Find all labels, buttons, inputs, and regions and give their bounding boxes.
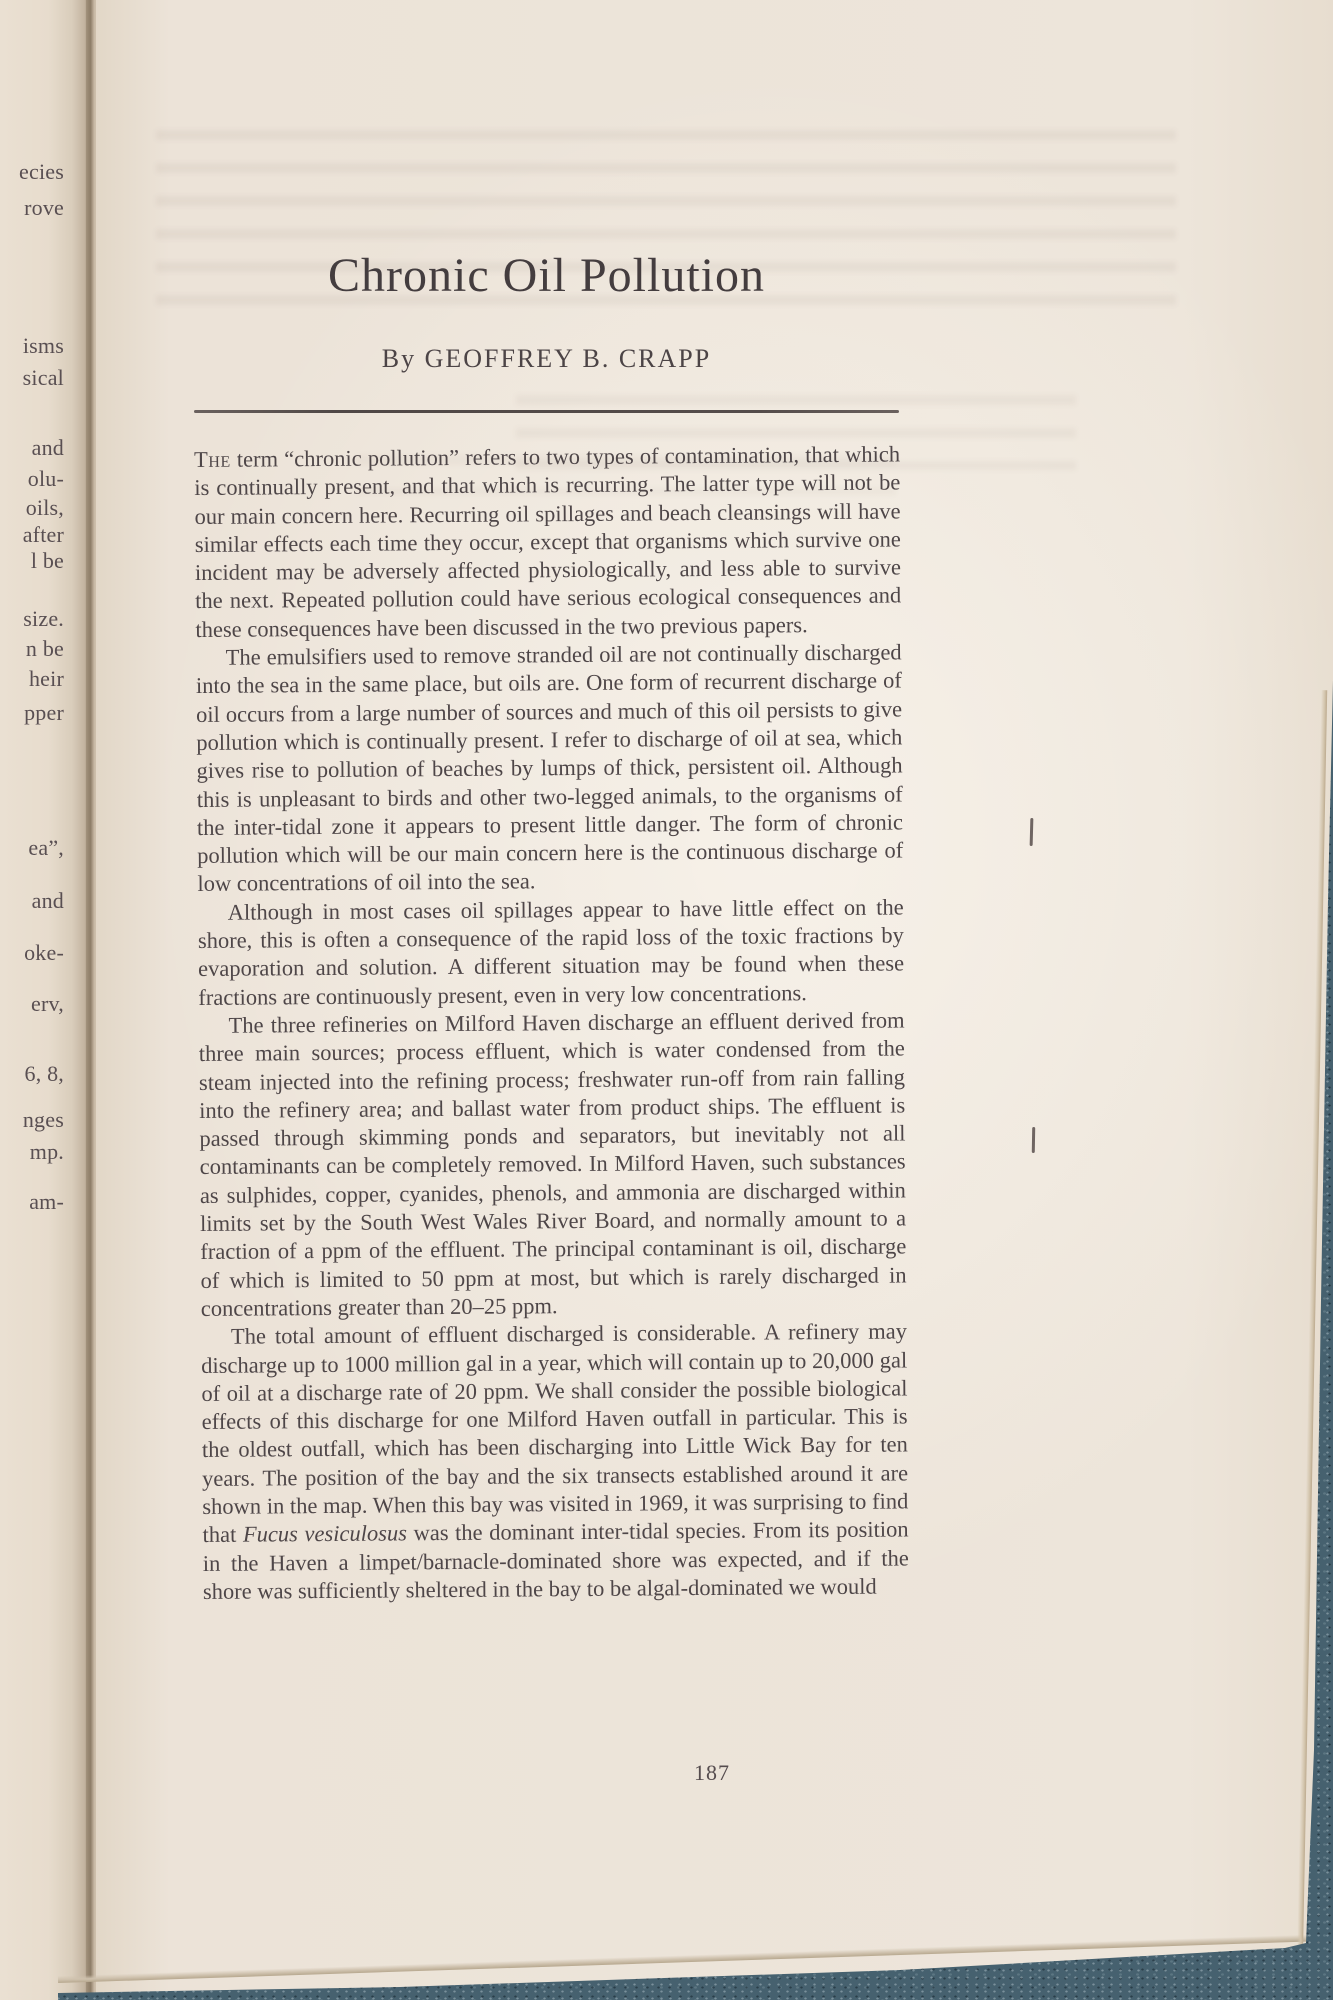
prev-page-text-fragment: olu- [28,467,64,491]
divider-rule [194,410,899,413]
page-number: 187 [652,1760,772,1786]
book-photo-scene: eciesroveismssicalandolu-oils,afterl bes… [0,0,1333,2000]
prev-page-text-fragment: heir [29,667,64,691]
prev-page-text-fragment: l be [31,549,64,573]
page-title: Chronic Oil Pollution [194,248,899,303]
prev-page-text-fragment: n be [26,637,64,661]
byline: By GEOFFREY B. CRAPP [194,344,899,374]
prev-page-text-fragment: am- [29,1190,64,1214]
stray-mark [1030,818,1034,846]
prev-page-text-fragment: erv, [31,992,64,1016]
species-name-italic: Fucus vesiculosus [243,1521,407,1547]
prev-page-text-fragment: nges [23,1108,64,1132]
prev-page-text-fragment: and [32,436,64,460]
prev-page-text-fragment: sical [23,366,64,390]
paragraph-4: The three refineries on Milford Haven di… [198,1006,906,1323]
prev-page-text-fragment: after [23,523,64,547]
book-page: Chronic Oil Pollution By GEOFFREY B. CRA… [96,0,1333,2000]
prev-page-text-fragment: rove [24,196,64,220]
prev-page-text-fragment: isms [23,334,64,358]
prev-page-text-fragment: ea”, [28,836,64,860]
previous-page-sliver: eciesroveismssicalandolu-oils,afterl bes… [0,0,88,2000]
body-text: The term “chronic pollution” refers to t… [194,440,909,1606]
paragraph-3: Although in most cases oil spillages app… [198,893,905,1012]
prev-page-text-fragment: 6, 8, [25,1062,65,1086]
paragraph-1: The term “chronic pollution” refers to t… [194,440,902,644]
lead-word: The [194,447,231,472]
prev-page-text-fragment: oils, [26,496,64,520]
prev-page-text-fragment: and [32,889,64,913]
prev-page-text-fragment: pper [24,701,64,725]
prev-page-text-fragment: ecies [19,160,64,184]
paragraph-2: The emulsifiers used to remove stranded … [196,639,904,899]
paragraph-5: The total amount of effluent discharged … [201,1318,909,1607]
prev-page-text-fragment: size. [23,607,64,631]
prev-page-text-fragment: oke- [24,941,64,965]
stray-mark [1032,1127,1035,1153]
prev-page-text-fragment: mp. [30,1140,64,1164]
